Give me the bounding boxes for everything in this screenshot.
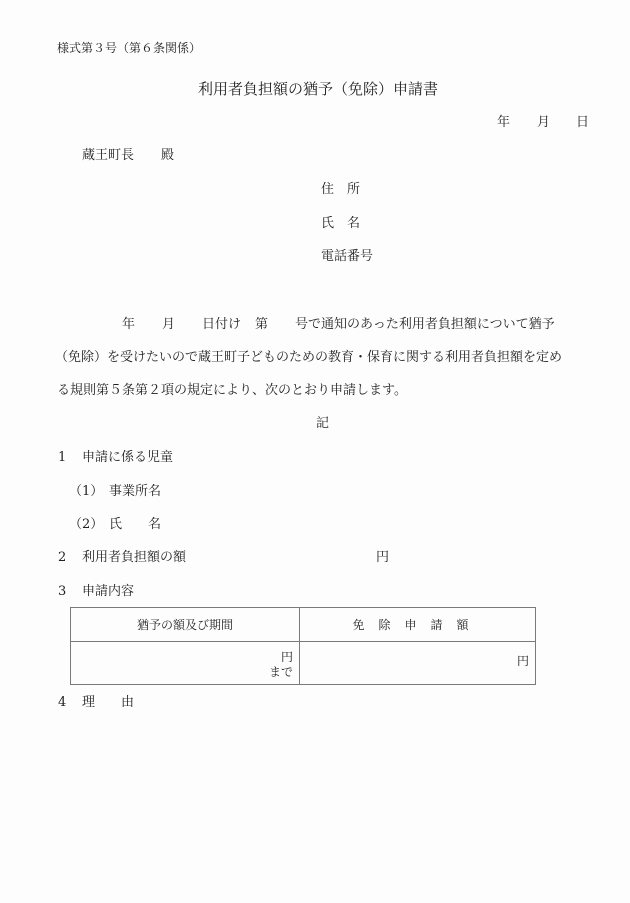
deferral-until: まで [71,665,293,680]
item-1-sub-2-num: （2） [69,518,103,531]
form-label: 様式第３号（第６条関係） [57,42,201,54]
addressee-name: 蔵王町長 [82,149,134,162]
deferral-unit: 円 [71,650,293,665]
date-year: 年 [497,116,510,129]
item-3-num: 3 [58,585,66,598]
addressee-honorific: 殿 [161,149,174,162]
exemption-unit: 円 [300,654,529,669]
table-row: 円 まで 円 [71,642,536,685]
item-4-num: 4 [58,696,66,709]
body-line2: （免除）を受けたいので蔵王町子どものための教育・保育に関する利用者負担額を定め [55,351,562,364]
item-4-label: 理 由 [82,696,134,709]
item-2-num: 2 [58,551,66,564]
body-month: 月 [162,318,175,331]
body-year: 年 [122,318,135,331]
date-month: 月 [537,116,550,129]
deferral-amount-cell[interactable]: 円 まで [71,642,300,685]
body-line3: る規則第５条第２項の規定により、次のとおり申請します。 [57,384,407,397]
item-2-label: 利用者負担額の額 [82,551,186,564]
item-1-sub-2-label: 氏 名 [109,518,161,531]
date-day: 日 [576,116,589,129]
item-1-sub-1-num: （1） [69,485,103,498]
page-title: 利用者負担額の猶予（免除）申請書 [198,82,438,97]
ki-heading: 記 [316,417,329,430]
address-label: 住 所 [321,183,360,196]
item-1-label: 申請に係る児童 [82,451,173,464]
item-3-label: 申請内容 [82,585,134,598]
body-date-suffix: 日付け [202,318,241,331]
body-no-prefix: 第 [255,318,268,331]
table-header-row: 猶予の額及び期間 免除申請額 [71,608,536,642]
item-1-sub-1-label: 事業所名 [109,485,161,498]
body-line1-rest: 号で通知のあった利用者負担額について猶予 [295,318,555,331]
phone-label: 電話番号 [321,250,373,263]
header-deferral: 猶予の額及び期間 [71,608,300,642]
item-2-unit: 円 [376,551,389,564]
item-1-num: 1 [58,451,66,464]
application-table: 猶予の額及び期間 免除申請額 円 まで 円 [70,607,536,685]
exemption-amount-cell[interactable]: 円 [300,642,536,685]
header-exemption: 免除申請額 [300,608,536,642]
name-label: 氏 名 [321,217,360,230]
